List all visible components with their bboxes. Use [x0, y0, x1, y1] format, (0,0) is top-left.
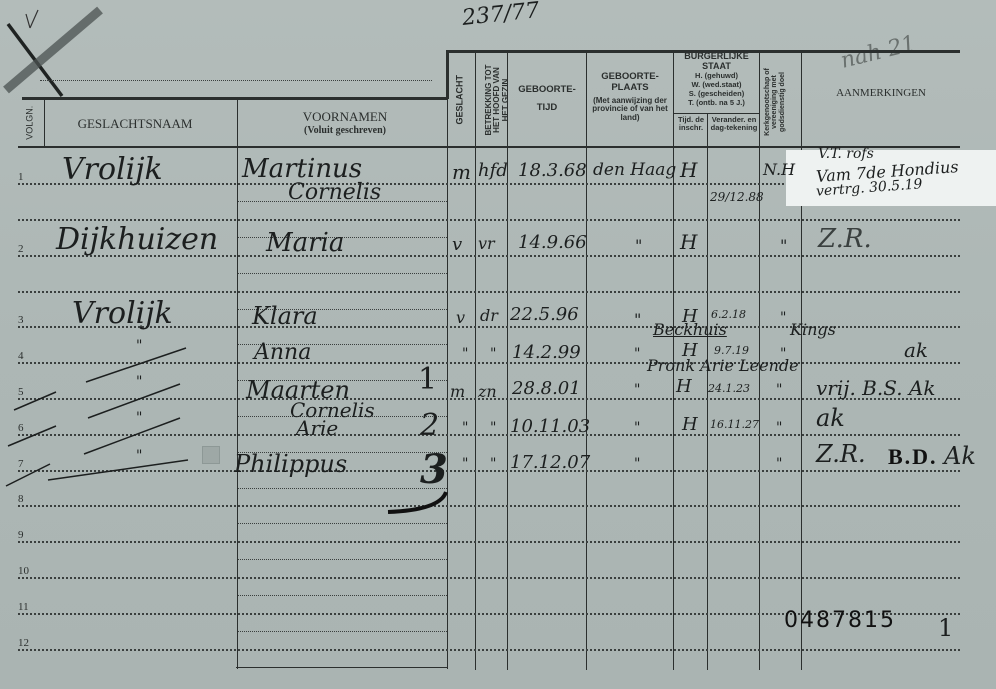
row2-remarks: Z.R. — [818, 224, 872, 254]
row-number: 3 — [18, 314, 40, 326]
row4-note-line: Pronk Arie Leende — [647, 356, 799, 375]
row1-remarks-1: V.T. rofs — [818, 146, 874, 162]
row5-status-change: 24.1.23 — [708, 382, 750, 395]
header-geboorteplaats-2: PLAATS — [588, 83, 672, 93]
registration-card: 237/77 nah 21 VOLGN. GESLACHTSNAAM VOORN… — [0, 0, 996, 689]
row2-birth-date: 14.9.66 — [518, 232, 587, 253]
given-subline — [238, 273, 447, 274]
bracket-mark-3: 3 — [420, 446, 448, 493]
row-number: 11 — [18, 601, 40, 613]
header-volgn: VOLGN. — [25, 103, 34, 143]
given-subline — [238, 559, 447, 560]
row1-birth-place: den Haag — [593, 160, 676, 180]
row3-church: " — [780, 310, 786, 326]
row2-given: Maria — [266, 228, 344, 258]
row4-relation: " — [490, 346, 496, 362]
header-geboorteplaats-1: GEBOORTE- — [588, 72, 672, 82]
row7-given: Philippus — [234, 450, 347, 478]
row7-church: " — [776, 456, 782, 472]
col-volgn-right — [44, 99, 45, 147]
row1-birth-date: 18.3.68 — [518, 160, 587, 181]
row1-sex: m — [452, 160, 471, 184]
header-bs-s: S. (gescheiden) — [674, 90, 759, 98]
row-number: 9 — [18, 529, 40, 541]
row4-sex: " — [462, 346, 468, 362]
reference-number: 237/77 — [461, 0, 541, 31]
row6-birth-place: " — [634, 420, 640, 436]
row6-given: Arie — [296, 416, 338, 440]
row5-remarks: vrij. B.S. Ak — [816, 376, 936, 400]
header-tijd-inschr: Tijd. de inschr. — [675, 116, 707, 132]
bracket-mark-2: 2 — [420, 408, 439, 443]
row3-remarks: Kings — [790, 320, 836, 339]
cross-mark-icon — [0, 0, 120, 110]
row6-status: H — [682, 414, 698, 435]
row2-birth-place: " — [635, 236, 642, 255]
row5-relation: zn — [478, 382, 497, 401]
row5-church: " — [776, 382, 782, 398]
header-geboortetijd-1: GEBOORTE- — [509, 85, 585, 95]
row-line-10 — [18, 577, 960, 579]
given-subline — [238, 523, 447, 524]
row4-given: Anna — [254, 340, 311, 365]
row4-church: " — [780, 346, 786, 362]
row7-relation: " — [490, 456, 496, 472]
row7-remarks-2: Ak — [944, 442, 976, 470]
row2-surname: Dijkhuizen — [56, 222, 218, 257]
row7-sex: " — [462, 456, 468, 472]
header-betrekking: BETREKKING TOT HET HOOFD VAN HET GEZIN — [485, 60, 515, 140]
row1-given2: Cornelis — [288, 180, 381, 205]
header-step — [446, 50, 449, 99]
row3-birth-place: " — [634, 310, 641, 329]
row2-relation: vr — [478, 234, 495, 253]
header-voornamen: VOORNAMEN — [260, 110, 430, 124]
row2-church: " — [780, 236, 787, 255]
row6-remarks: ak — [816, 404, 845, 432]
given-subline — [238, 595, 447, 596]
row2-sex: v — [452, 234, 462, 255]
row5-birth-date: 28.8.01 — [512, 378, 581, 399]
row-number: 1 — [18, 171, 40, 183]
card-number-suffix: 1 — [938, 614, 953, 642]
row6-relation: " — [490, 420, 496, 436]
header-aanmerkingen: AANMERKINGEN — [802, 88, 960, 100]
row-number: 10 — [18, 565, 40, 577]
row7-remarks: Z.R. — [816, 440, 866, 468]
row1-status: H — [680, 158, 697, 182]
row-line-9 — [18, 541, 960, 543]
row-line-12 — [18, 649, 960, 651]
row4-birth-date: 14.2.99 — [512, 342, 581, 363]
row6-birth-date: 10.11.03 — [510, 416, 590, 437]
row7-stamp: B.D. — [888, 444, 938, 470]
row3-given: Klara — [252, 302, 318, 330]
row-line-1b — [18, 219, 960, 221]
given-subline — [238, 631, 447, 632]
row6-church: " — [776, 420, 782, 436]
row4-birth-place: " — [634, 346, 640, 362]
row1-surname: Vrolijk — [62, 152, 163, 187]
header-geslachtsnaam: GESLACHTSNAAM — [60, 117, 210, 131]
bracket-mark-1: 1 — [418, 362, 437, 397]
row-line-8 — [18, 505, 960, 507]
card-number: 0487815 — [784, 608, 896, 633]
header-voornamen-sub: (Voluit geschreven) — [260, 126, 430, 137]
header-bs-t: T. (ontb. na 5 J.) — [674, 99, 759, 107]
header-verander: Verander. en dag-tekening — [709, 116, 759, 132]
row2-status: H — [680, 230, 697, 254]
header-geslacht: GESLACHT — [455, 70, 464, 130]
row1-relation: hfd — [478, 160, 508, 181]
row5-birth-place: " — [634, 382, 640, 398]
status-sub-divider — [673, 113, 759, 114]
row3-relation: dr — [480, 306, 498, 325]
bracket-tail — [380, 490, 450, 520]
header-bs-w: W. (wed.staat) — [674, 81, 759, 89]
row7-birth-place: " — [634, 456, 640, 472]
header-top-left — [22, 97, 447, 100]
row-number: 2 — [18, 243, 40, 255]
row3-sex: v — [456, 308, 465, 327]
row-line-2b — [18, 291, 960, 293]
row3-note-line: Beckhuis — [653, 320, 727, 339]
row4-remarks: ak — [904, 338, 928, 362]
row3-birth-date: 22.5.96 — [510, 304, 579, 325]
given-subline — [238, 488, 447, 489]
row-number: 12 — [18, 637, 40, 649]
row6-status-change: 16.11.27 — [710, 418, 759, 431]
ditto-strikes — [0, 330, 240, 500]
row5-sex: m — [450, 382, 465, 401]
row7-birth-date: 17.12.07 — [510, 452, 590, 473]
top-dotted-line — [40, 80, 432, 81]
row6-sex: " — [462, 420, 468, 436]
header-bs-h: H. (gehuwd) — [674, 72, 759, 80]
given-bottom — [236, 667, 448, 668]
row1-church: N.H — [763, 160, 795, 179]
header-kerkgenootschap: Kerkgenootschap of vereeniging met godsd… — [764, 57, 796, 147]
header-geboortetijd-2: TIJD — [509, 103, 585, 113]
row5-status: H — [676, 376, 692, 397]
row3-surname: Vrolijk — [72, 296, 173, 331]
header-geboorteplaats-sub: (Met aanwijzing der provincie of van het… — [590, 97, 670, 122]
row1-status-change: 29/12.88 — [710, 190, 764, 204]
